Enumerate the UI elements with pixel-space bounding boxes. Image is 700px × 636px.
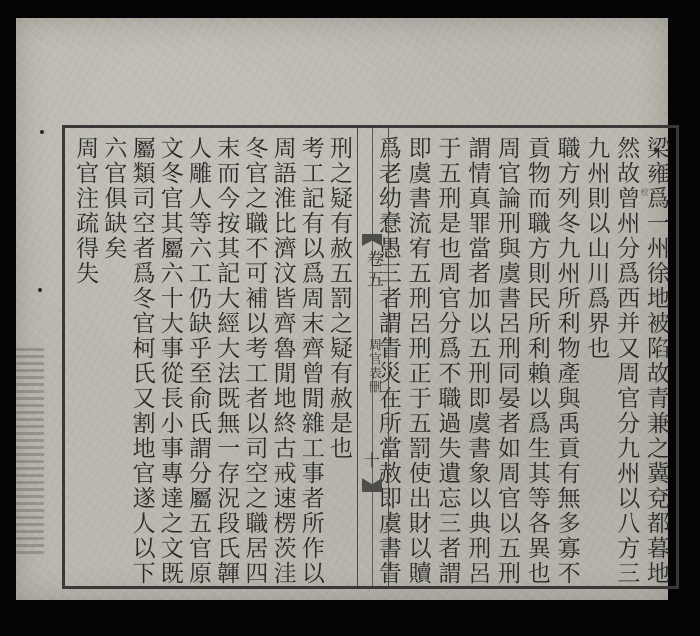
right-half-page: 梁雍爲一州徐地被陷故青兼之冀兗都暮地澗民變至周亦 然故曾州分爲西并又周官分九州以… bbox=[372, 128, 670, 586]
text-column: 六官俱缺矣 bbox=[99, 128, 127, 586]
volume-label: 卷五 bbox=[361, 250, 386, 290]
text-column: 文冬官其屬六十大事從長小事專達之文既失或取五官所 bbox=[156, 128, 184, 586]
text-column: 周語淮比濟汶皆齊魯閒地終古戒速楞茨洼以爲齊語也 bbox=[268, 128, 296, 586]
left-half-page: 刑之疑有赦五罰之疑有赦是也 考工記有以爲周末齊曾閒雜工事者所作以其中言秦鄭是東 … bbox=[71, 128, 353, 586]
text-column: 即虞書流宥五刑呂刑正于五罰使出財以贖之是也周官分 bbox=[402, 128, 432, 586]
page-number: 十 bbox=[364, 448, 380, 471]
text-column: 人雕人等六工仍缺乎至俞氏謂分屬五官原不必補按之經 bbox=[184, 128, 212, 586]
text-column: 末而今按其記大經大法既無一存況段氏韗氏裘氏筐人㭉 bbox=[212, 128, 240, 586]
text-column: 屬類司空者爲冬官柯氏又割地官遂人以下爲冬官是將使 bbox=[127, 128, 155, 586]
text-column: 貢物而職方則民所利賴以爲生其等各異也 bbox=[521, 128, 551, 586]
book-title: 周官表刪 bbox=[364, 338, 383, 394]
text-column: 梁雍爲一州徐地被陷故青兼之冀兗都暮地澗民變至周亦 bbox=[640, 128, 670, 586]
center-fold-banxin: 卷五 周官表刪 十 bbox=[357, 128, 389, 586]
text-column: 職方列冬九州所利物產與禹貢有無多寡不同者禹貢辨邦國 bbox=[551, 128, 581, 586]
text-column: 九州則以山川爲界也 bbox=[581, 128, 611, 586]
section-heading-column: 周官注疏得失 bbox=[71, 128, 99, 586]
text-column: 謂情真罪當者加以五刑即虞書象以典刑呂刑五辭簡孚正 bbox=[461, 128, 491, 586]
document-page: 校 梁雍爲一州徐地被陷故青兼之冀兗都暮地澗民變至周亦 然故曾州分爲西并又周官分九… bbox=[16, 18, 668, 600]
ink-dot bbox=[40, 130, 44, 134]
text-column: 然故曾州分爲西并又周官分九州以八方三河爲東禹貢分 bbox=[610, 128, 640, 586]
text-column: 周官論刑與虞書呂刑同晏者如周官以五刑之法麗萬民之罪 bbox=[491, 128, 521, 586]
text-frame: 梁雍爲一州徐地被陷故青兼之冀兗都暮地澗民變至周亦 然故曾州分爲西并又周官分九州以… bbox=[62, 125, 679, 589]
text-column: 考工記有以爲周末齊曾閒雜工事者所作以其中言秦鄭是東 bbox=[297, 128, 325, 586]
text-column: 于五刑是也周官分爲不職過失遺忘三者謂過者在所當宥 bbox=[432, 128, 462, 586]
text-column: 刑之疑有赦五罰之疑有赦是也 bbox=[325, 128, 353, 586]
bleed-through-stain bbox=[16, 348, 44, 558]
ink-dot bbox=[38, 288, 42, 292]
text-column: 冬官之職不可補以考工者以司空之職居四民時地利工事其 bbox=[240, 128, 268, 586]
ink-dot bbox=[654, 148, 658, 152]
